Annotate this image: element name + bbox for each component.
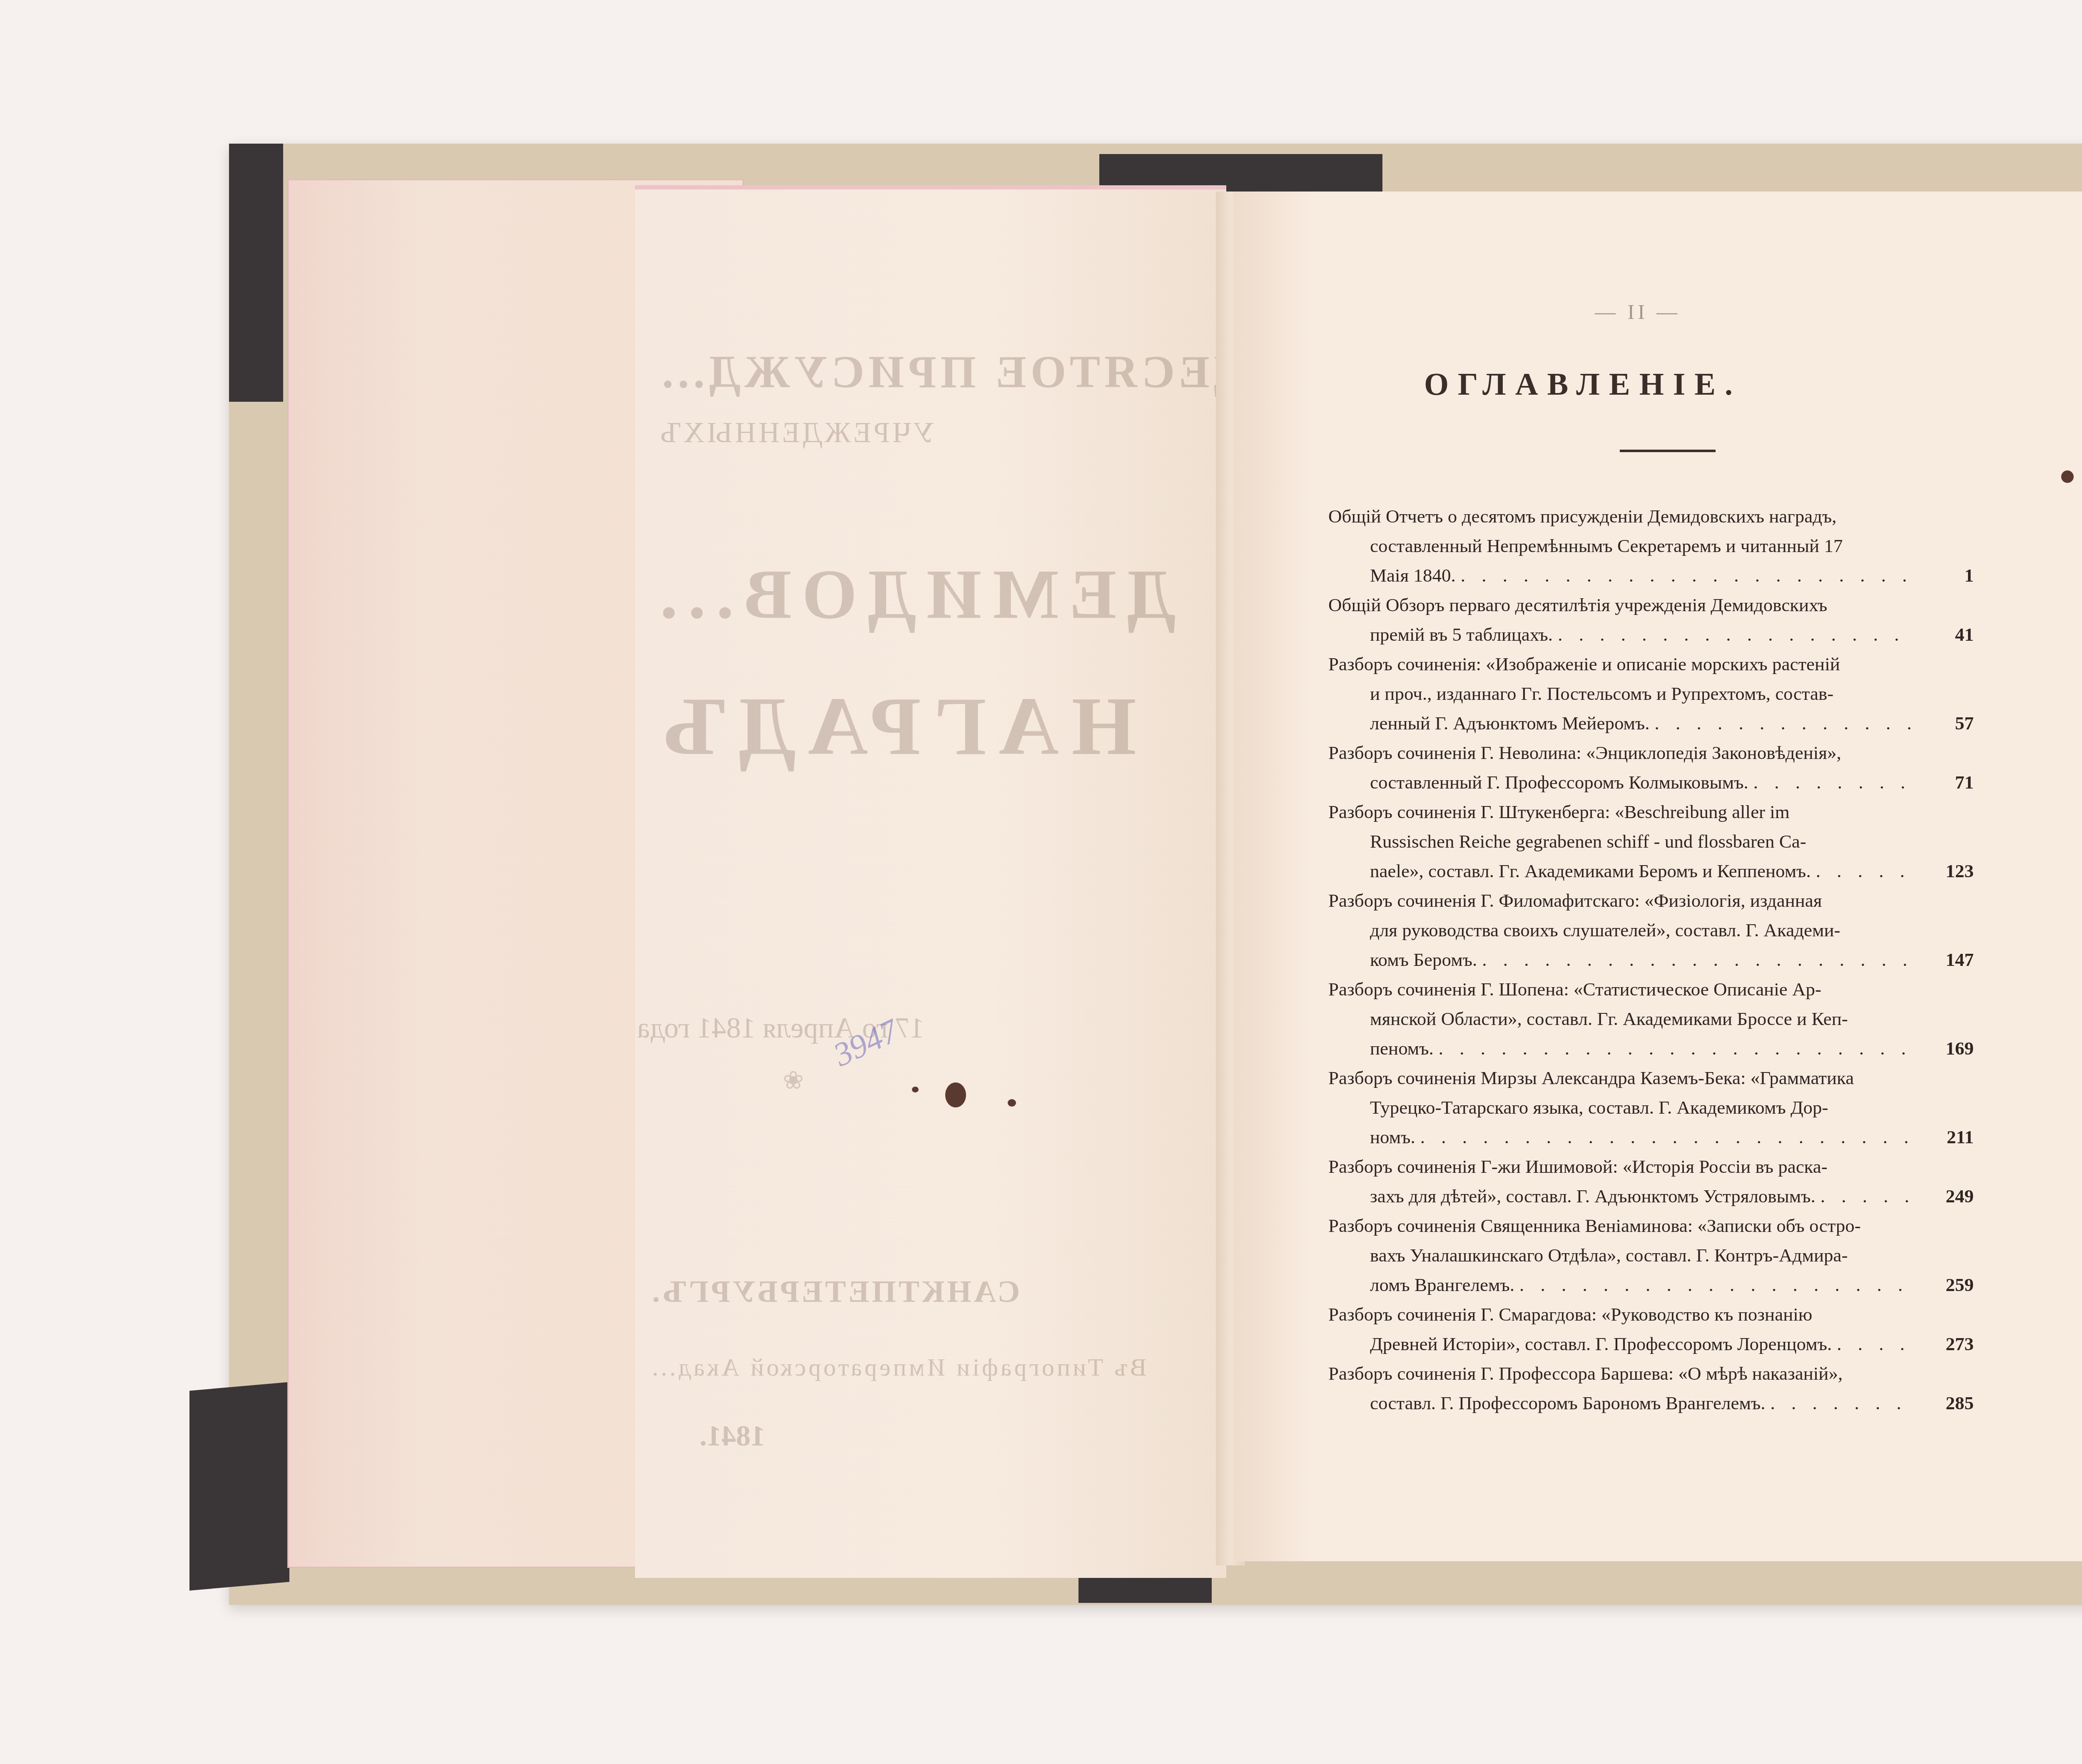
entry-page: 249 <box>1920 1182 1974 1211</box>
toc-entry[interactable]: Общій Отчетъ о десятомъ присужденіи Деми… <box>1328 502 1974 590</box>
entry-line: составленный Непремѣннымъ Секретаремъ и … <box>1328 531 1974 561</box>
toc-entry[interactable]: Разборъ сочиненія Г. Шопена: «Статистиче… <box>1328 975 1974 1063</box>
dot-leader <box>1482 945 1915 975</box>
toc-entry[interactable]: Общій Обзоръ перваго десятилѣтія учрежде… <box>1328 590 1974 649</box>
entry-line: Разборъ сочиненія Г. Профессора Баршева:… <box>1328 1359 1974 1388</box>
ink-stain <box>2061 470 2074 483</box>
bleed-through-line: ДЕСЯТОЕ ПРИСУЖД... <box>658 346 1245 398</box>
bleed-through-line: НАГРАДЪ <box>650 679 1136 774</box>
entry-line: ленный Г. Адъюнктомъ Мейеромъ. <box>1370 709 1650 738</box>
entry-line: Разборъ сочиненія Г. Филомафитскаго: «Фи… <box>1328 886 1974 916</box>
entry-line: Разборъ сочиненія Г. Шопена: «Статистиче… <box>1328 975 1974 1004</box>
entry-line: Разборъ сочиненія Г. Штукенберга: «Besch… <box>1328 797 1974 827</box>
dot-leader <box>1816 856 1915 886</box>
dot-leader <box>1821 1182 1915 1211</box>
toc-entry[interactable]: Разборъ сочиненія Мирзы Александра Казем… <box>1328 1063 1974 1152</box>
dot-leader <box>1837 1329 1915 1359</box>
toc-title: ОГЛАВЛЕНІЕ. <box>1424 366 1742 403</box>
dot-leader <box>1519 1270 1915 1300</box>
entry-line: Маія 1840. <box>1370 561 1456 590</box>
entry-page: 169 <box>1920 1034 1974 1063</box>
cloth-corner-bottom-left <box>189 1382 289 1591</box>
bleed-through-line: САНКТПЕТЕРБУРГЪ. <box>650 1274 1020 1310</box>
bleed-through-line: Въ Типографіи Императорской Акад... <box>650 1353 1146 1382</box>
page-number: — II — <box>1595 300 1681 324</box>
toc-entry[interactable]: Разборъ сочиненія Г. Неволина: «Энциклоп… <box>1328 738 1974 797</box>
entry-page: 273 <box>1920 1329 1974 1359</box>
entry-line: Разборъ сочиненія Г-жи Ишимовой: «Исторі… <box>1328 1152 1974 1182</box>
ornament-icon: ❀ <box>783 1066 804 1095</box>
dot-leader <box>1461 561 1915 590</box>
bleed-through-line: УЧРЕЖДЕННЫХЪ <box>658 416 934 450</box>
entry-page: 71 <box>1920 768 1974 797</box>
toc-entry[interactable]: Разборъ сочиненія: «Изображеніе и описан… <box>1328 649 1974 738</box>
entry-line: составл. Г. Профессоромъ Барономъ Вранге… <box>1370 1388 1766 1418</box>
entry-line: комъ Беромъ. <box>1370 945 1477 975</box>
entry-line: мянской Области», составл. Гг. Академика… <box>1328 1004 1974 1034</box>
toc-entry[interactable]: Разборъ сочиненія Г. Смарагдова: «Руково… <box>1328 1300 1974 1359</box>
entry-line: пеномъ. <box>1370 1034 1434 1063</box>
entry-line: премій въ 5 таблицахъ. <box>1370 620 1553 649</box>
toc-entry[interactable]: Разборъ сочиненія Г-жи Ишимовой: «Исторі… <box>1328 1152 1974 1211</box>
ink-stain <box>912 1087 919 1092</box>
dot-leader <box>1558 620 1915 649</box>
entry-line: Russischen Reiche gegrabenen schiff - un… <box>1328 827 1974 856</box>
dot-leader <box>1655 709 1915 738</box>
entry-page: 123 <box>1920 856 1974 886</box>
entry-line: захъ для дѣтей», составл. Г. Адъюнктомъ … <box>1370 1182 1816 1211</box>
entry-line: ломъ Врангелемъ. <box>1370 1270 1514 1300</box>
table-of-contents: Общій Отчетъ о десятомъ присужденіи Деми… <box>1328 502 1974 1418</box>
dot-leader <box>1439 1034 1915 1063</box>
entry-page: 147 <box>1920 945 1974 975</box>
entry-page: 1 <box>1920 561 1974 590</box>
bleed-through-line: 1841. <box>700 1420 765 1453</box>
dot-leader <box>1420 1122 1915 1152</box>
entry-page: 41 <box>1920 620 1974 649</box>
dot-leader <box>1771 1388 1915 1418</box>
entry-line: и проч., изданнаго Гг. Постельсомъ и Руп… <box>1328 679 1974 709</box>
entry-page: 57 <box>1920 709 1974 738</box>
toc-entry[interactable]: Разборъ сочиненія Г. Профессора Баршева:… <box>1328 1359 1974 1418</box>
toc-entry[interactable]: Разборъ сочиненія Г. Филомафитскаго: «Фи… <box>1328 886 1974 975</box>
entry-line: Разборъ сочиненія Мирзы Александра Казем… <box>1328 1063 1974 1093</box>
title-rule <box>1620 450 1716 452</box>
toc-entry[interactable]: Разборъ сочиненія Г. Штукенберга: «Besch… <box>1328 797 1974 886</box>
entry-line: Общій Отчетъ о десятомъ присужденіи Деми… <box>1328 502 1974 531</box>
entry-line: составленный Г. Профессоромъ Колмыковымъ… <box>1370 768 1748 797</box>
entry-line: Разборъ сочиненія Г. Смарагдова: «Руково… <box>1328 1300 1974 1329</box>
entry-page: 211 <box>1920 1122 1974 1152</box>
entry-line: Разборъ сочиненія Священника Веніаминова… <box>1328 1211 1974 1241</box>
ink-stain <box>945 1082 966 1107</box>
entry-page: 259 <box>1920 1270 1974 1300</box>
entry-line: вахъ Уналашкинскаго Отдѣла», составл. Г.… <box>1328 1241 1974 1270</box>
entry-line: Турецко-Татарскаго языка, составл. Г. Ак… <box>1328 1093 1974 1122</box>
ink-stain <box>1008 1099 1016 1107</box>
entry-line: номъ. <box>1370 1122 1415 1152</box>
cloth-corner-top-left <box>229 144 283 402</box>
entry-line: Разборъ сочиненія Г. Неволина: «Энциклоп… <box>1328 738 1974 768</box>
entry-page: 285 <box>1920 1388 1974 1418</box>
entry-line: Общій Обзоръ перваго десятилѣтія учрежде… <box>1328 590 1974 620</box>
entry-line: для руководства своихъ слушателей», сост… <box>1328 916 1974 945</box>
dot-leader <box>1753 768 1915 797</box>
entry-line: Древней Исторіи», составл. Г. Профессоро… <box>1370 1329 1832 1359</box>
entry-line: naele», составл. Гг. Академиками Беромъ … <box>1370 856 1811 886</box>
entry-line: Разборъ сочиненія: «Изображеніе и описан… <box>1328 649 1974 679</box>
toc-entry[interactable]: Разборъ сочиненія Священника Веніаминова… <box>1328 1211 1974 1300</box>
